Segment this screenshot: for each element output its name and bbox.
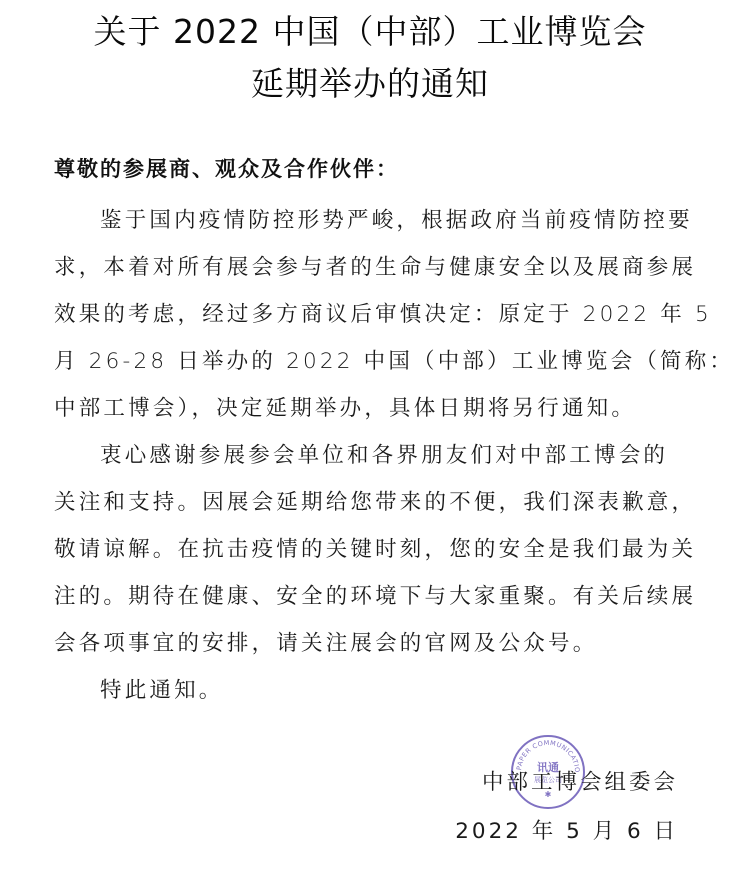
paragraph-2-line: 关注和支持。因展会延期给您带来的不便，我们深表歉意，: [54, 485, 684, 516]
paragraph-1-line: 鉴于国内疫情防控形势严峻，根据政府当前疫情防控要: [100, 203, 730, 234]
paragraph-2-line: 注的。期待在健康、安全的环境下与大家重聚。有关后续展: [54, 579, 684, 610]
closing-text: 特此通知。: [100, 673, 730, 704]
salutation: 尊敬的参展商、观众及合作伙伴：: [54, 153, 399, 183]
paragraph-1-line: 求，本着对所有展会参与者的生命与健康安全以及展商参展: [54, 250, 684, 281]
date: 2022 年 5 月 6 日: [455, 814, 678, 845]
paragraph-1-line: 中部工博会），决定延期举办，具体日期将另行通知。: [54, 391, 684, 422]
paragraph-2-line: 会各项事宜的安排，请关注展会的官网及公众号。: [54, 626, 684, 657]
paragraph-1-line: 月 26-28 日举办的 2022 中国（中部）工业博览会（简称：: [54, 344, 684, 375]
title-line-1: 关于 2022 中国（中部）工业博览会: [0, 6, 740, 53]
signature: 中部工博会组委会: [482, 765, 678, 796]
paragraph-2-line: 敬请谅解。在抗击疫情的关键时刻，您的安全是我们最为关: [54, 532, 684, 563]
title-line-2: 延期举办的通知: [0, 58, 740, 105]
paragraph-2-line: 衷心感谢参展参会单位和各界朋友们对中部工博会的: [100, 438, 730, 469]
paragraph-1-line: 效果的考虑，经过多方商议后审慎决定：原定于 2022 年 5: [54, 297, 684, 328]
